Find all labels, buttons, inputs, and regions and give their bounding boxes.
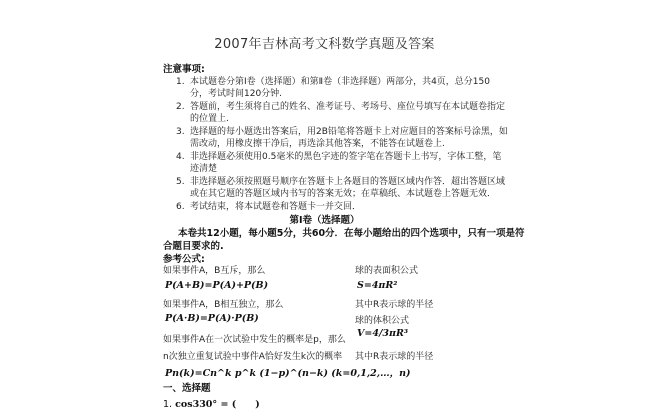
ref-formula-sphere-area: S=4πR² [357,280,397,291]
ref-right-3: 其中R表示球的半径 [355,297,433,310]
notice-item-4: 4.非选择题必须使用0.5毫米的黑色字迹的签字笔在答题卡上书写，字体工整，笔 [176,149,501,162]
question-number: 1. [163,399,172,410]
part-one-heading: 一、选择题 [163,380,211,394]
item-number: 1. [176,77,190,87]
item-number: 2. [176,102,190,112]
section-intro-cont: 合题目要求的. [163,238,224,252]
item-number: 6. [176,202,190,212]
page-title: 2007年吉林高考文科数学真题及答案 [0,33,649,52]
notice-item-1-cont: 分，考试时间120分钟. [190,86,282,99]
item-text: 非选择题必须使用0.5毫米的黑色字迹的签字笔在答题卡上书写，字体工整，笔 [190,152,501,162]
item-text: 考试结束，将本试题卷和答题卡一并交回． [190,202,361,212]
notice-item-4-cont: 迹清楚 [190,161,217,174]
ref-left-1: 如果事件A，B互斥，那么 [163,263,265,276]
notice-heading: 注意事项: [163,61,205,75]
ref-formula-sphere-volume: V=4/3πR³ [357,328,408,339]
item-number: 3. [176,127,190,137]
notice-item-6: 6.考试结束，将本试题卷和答题卡一并交回． [176,199,361,212]
item-text: 答题前，考生须将自己的姓名、准考证号、考场号、座位号填写在本试题卷指定 [190,102,505,112]
ref-formula-binomial: Pn(k)=Cn^k p^k (1−p)^(n−k) (k=0,1,2,…，n) [165,365,411,379]
ref-left-6: n次独立重复试验中事件A恰好发生k次的概率 [163,349,342,362]
ref-left-3: 如果事件A，B相互独立，那么 [163,297,283,310]
ref-formula-mutually-exclusive: P(A+B)=P(A)+P(B) [165,280,268,291]
question-1: 1. cos330° = ( ) [163,396,260,410]
ref-formula-independent: P(A·B)=P(A)·P(B) [165,313,259,324]
section-title: 第Ⅰ卷（选择题） [0,212,649,226]
document-page: 2007年吉林高考文科数学真题及答案 注意事项: 1.本试题卷分第Ⅰ卷（选择题）… [0,0,649,410]
notice-item-3-cont: 需改动，用橡皮擦干净后，再选涂其他答案，不能答在试题卷上. [190,136,445,149]
notice-item-2-cont: 的位置上. [190,111,229,124]
ref-right-1: 球的表面积公式 [355,263,418,276]
section-intro: 本卷共12小题，每小题5分，共60分．在每小题给出的四个选项中，只有一项是符 [178,225,525,239]
ref-right-6: 其中R表示球的半径 [355,349,433,362]
ref-left-5: 如果事件A在一次试验中发生的概率是p，那么 [163,332,346,345]
item-number: 5. [176,177,190,187]
ref-right-4: 球的体积公式 [355,313,409,326]
item-number: 4. [176,152,190,162]
question-text: cos330° = ( ) [175,399,260,410]
notice-item-5-cont: 或在其它题的答题区域内书写的答案无效；在草稿纸、本试题卷上答题无效． [190,186,496,199]
